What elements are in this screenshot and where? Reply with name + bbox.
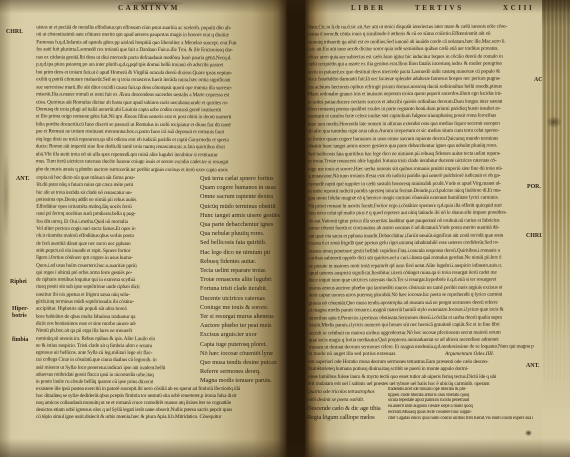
text-line: lēt.dū pstat nūq a futura ruina qæ cæca … (36, 182, 196, 190)
text-line: Nimiū ph.hoc.ait qa pii erga ilia lares … (36, 328, 196, 336)
text-line: citer Gigātas enicis quia nullo cōsilio … (388, 416, 533, 422)
argumentum-title: Argumentum Odes.IIII. (445, 351, 494, 357)
fore-edge-page-stack (542, 0, 570, 457)
text-line: Quo musa tendis desine puicax (200, 358, 288, 367)
text-line: Capta iuge puterosq ploret. (200, 340, 288, 349)
left-commentary-bottom: exsistere ille ipsū postea exercitū in p… (36, 386, 286, 421)
text-line: Fortuna tristi clade iterabit. (200, 284, 288, 293)
text-line: cū tēplo simul igne ussit.disiecit & urb… (36, 414, 286, 421)
text-line: Excisus arguis.ter uxor (200, 330, 288, 339)
text-line: frumētarieteq humana potiusq diuina.itaq… (308, 366, 533, 373)
right-commentary-after: um superiori ode Horatio musa deorum ser… (308, 359, 533, 389)
right-commentary-main: Ham.Cic.in li.de na.d.sic ait.Aer aūt ut… (307, 24, 533, 353)
left-ode-verse-column: Quū terra cælat spnere fortiusQuam coger… (200, 174, 288, 387)
text-line: Quū terra cælat spnere fortius (200, 174, 288, 183)
text-line: exsistere ille ipsū postea exercitū in p… (36, 386, 286, 393)
left-commentary-top: uistas ut et pecūiā de metallis effodiat… (36, 24, 285, 175)
text-line: līgere.i.fortius cōtēnere qm cogere in u… (36, 255, 196, 263)
book-gutter-shadow (278, 0, 310, 457)
text-line: Sed bellicosis fata quiritib. (200, 238, 288, 247)
text-line: uisse lumīibus fuisse lauro & myrto tect… (308, 374, 533, 381)
text-line: accipiūtur. Hipbotris aūt populi sūt ult… (36, 306, 196, 314)
margin-annotation: CHRI. (6, 29, 23, 36)
margin-annotation: Riphei (10, 279, 27, 286)
left-page: CARMINVM CHRI.ANT.RipheiHiper- botrisfim… (0, 0, 287, 457)
text-line: Qua nebulæ pluuiiq rores. (200, 229, 288, 238)
text-line: Ter si resurgat murus aheneus (200, 312, 288, 321)
text-line: Auctore phœbo ter peat meis (200, 321, 288, 330)
right-commentary-small: tradendis.licet īde musarū ope liberatū … (388, 387, 533, 422)
argumentum-row-lead: in modo nō auget illa sed potius extenua… (308, 351, 396, 357)
ode-four-intro: Quarta ode tricolos tetrastrophosmihi de… (307, 388, 387, 405)
margin-annotation: fimbia (12, 337, 28, 344)
text-line: Rebusq fidentes auitæ. (200, 257, 288, 266)
left-commentary-column: copia.nā hoc dicto oīa quæ māsura sūt fi… (36, 175, 197, 388)
text-line: Quarta ode tricolos tetrastrophos (307, 388, 387, 396)
text-line: Regia lōgum calliope melos (307, 413, 387, 422)
text-line: Troiæ renascens alite lugubri (200, 275, 288, 284)
argumentum-row: in modo nō auget illa sed potius extenua… (308, 351, 533, 359)
text-line: Coniuge me iouis & sorore. (200, 303, 288, 312)
text-line: Qua parte debacchentur ignes (200, 220, 288, 229)
text-line: Nō hæc iocosæ cōueniēt lyræ (200, 349, 288, 358)
text-line: Ducente uictrices cateruas (200, 294, 288, 303)
text-line: ob.it ritamēta malorū effodiūtur.qbus ve… (36, 233, 196, 241)
text-line: Quicūq mūdo terminus obstitit (200, 202, 288, 211)
margin-annotation: Hiper- botris (12, 306, 28, 320)
text-line: Omne sacrum rapiente dextra (200, 192, 288, 201)
text-line: hoc ditarāteq se syllæ dediderūt.qbus pc… (36, 393, 286, 400)
book-spread-photo: CARMINVM CHRI.ANT.RipheiHiper- botrisfim… (0, 0, 570, 457)
ode-four-opening-verse: Descende cælo & dic age tibiaRegia lōgum… (307, 404, 387, 423)
text-line: um superiori ode Horatio musa deorum ser… (308, 359, 533, 366)
text-line: Descende cælo & dic age tibia (307, 404, 387, 413)
right-page: LIBER TERTIVS XCIII ACR.POR.CHRI.ANT. Ha… (305, 0, 542, 457)
text-line: noq amicos collaudauit.monuitq ut se et … (36, 400, 286, 407)
text-line: Quam cogere humanos in usus (200, 183, 288, 192)
text-line: Hac lege dico ne nimium pii (200, 248, 288, 257)
text-line: Magna modis tenuare paruis. (200, 376, 288, 385)
margin-annotation: ANT. (16, 176, 29, 183)
text-line: Hunc tanget armis uisere gestiēs (200, 211, 288, 220)
text-line: Referre sermones deorq. (200, 367, 288, 376)
text-line: Tecta uelint reparare troiæ. (200, 266, 288, 275)
text-line: deuictos etiam urbē igressus olos q ad S… (36, 407, 286, 414)
